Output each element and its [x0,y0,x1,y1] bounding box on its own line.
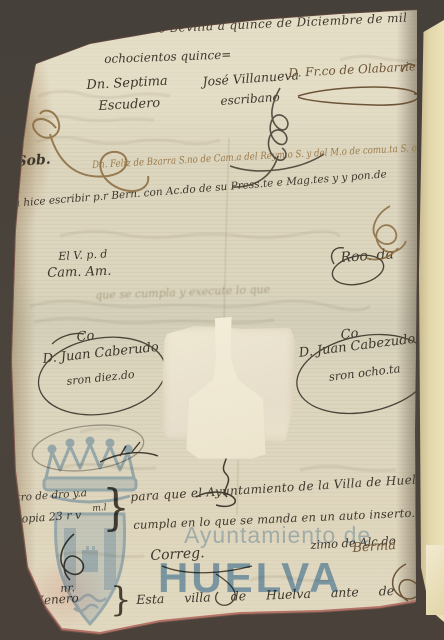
chamber-line-2: Cam. Am. [47,264,112,281]
bleedthrough-line: que se cumpla y execute lo que [95,283,270,302]
manuscript-page-wrap: Ciudad de Sevilla a quince de Diciembre … [0,0,444,640]
date-line-1: Ciudad de Sevilla a quince de Diciembre … [100,11,408,38]
crown-spikes [46,444,134,478]
crown-base-arc [50,496,130,502]
shield-pillar-right [104,528,116,590]
secretary-initial: Sob. [16,152,51,170]
signature-left-surname: Escudero [98,96,161,114]
crown-band [44,478,136,490]
manuscript-page: Ciudad de Sevilla a quince de Diciembre … [0,0,444,640]
signature-left-name: Dn. Septima [86,74,168,93]
watermark-text-huelva: HUELVA [158,554,342,602]
signature-center-title: escribano [220,90,280,108]
signature-right-name: D. Fr.co de Olabarrieta [288,59,428,80]
huelva-crest-watermark [26,436,158,636]
witness-left-flourish-text: Co [76,328,95,344]
date-line-2: ochocientos quince= [104,48,232,66]
rubric-note: Roo. da [340,246,394,266]
witness-left-name: D. Juan Caberudo [42,340,159,367]
shield-pillar-left [64,528,76,590]
scribe-line: la hice escribir p.r Bern. con Ac.do de … [10,168,387,210]
archive-photo: Ciudad de Sevilla a quince de Diciembre … [0,0,444,640]
order-line-1: para que el Ayuntamiento de la Villa de … [130,472,431,504]
watermark-text-ayuntamiento: Ayuntamiento de [184,522,371,549]
initial-flourish [33,111,148,191]
facing-page-edge [419,20,444,622]
chamber-line-1: El V. p. d [58,247,108,263]
witness-left-detail: sron diez.do [66,368,135,388]
secretary-line: Dn. Feliz de Bzarra S.no de Cam.a del Re… [92,142,436,171]
witness-right-detail: sron ocho.ta [328,361,401,384]
signature-center-name: José Villanueva [202,67,299,89]
facing-page-corner-fold [426,545,444,615]
